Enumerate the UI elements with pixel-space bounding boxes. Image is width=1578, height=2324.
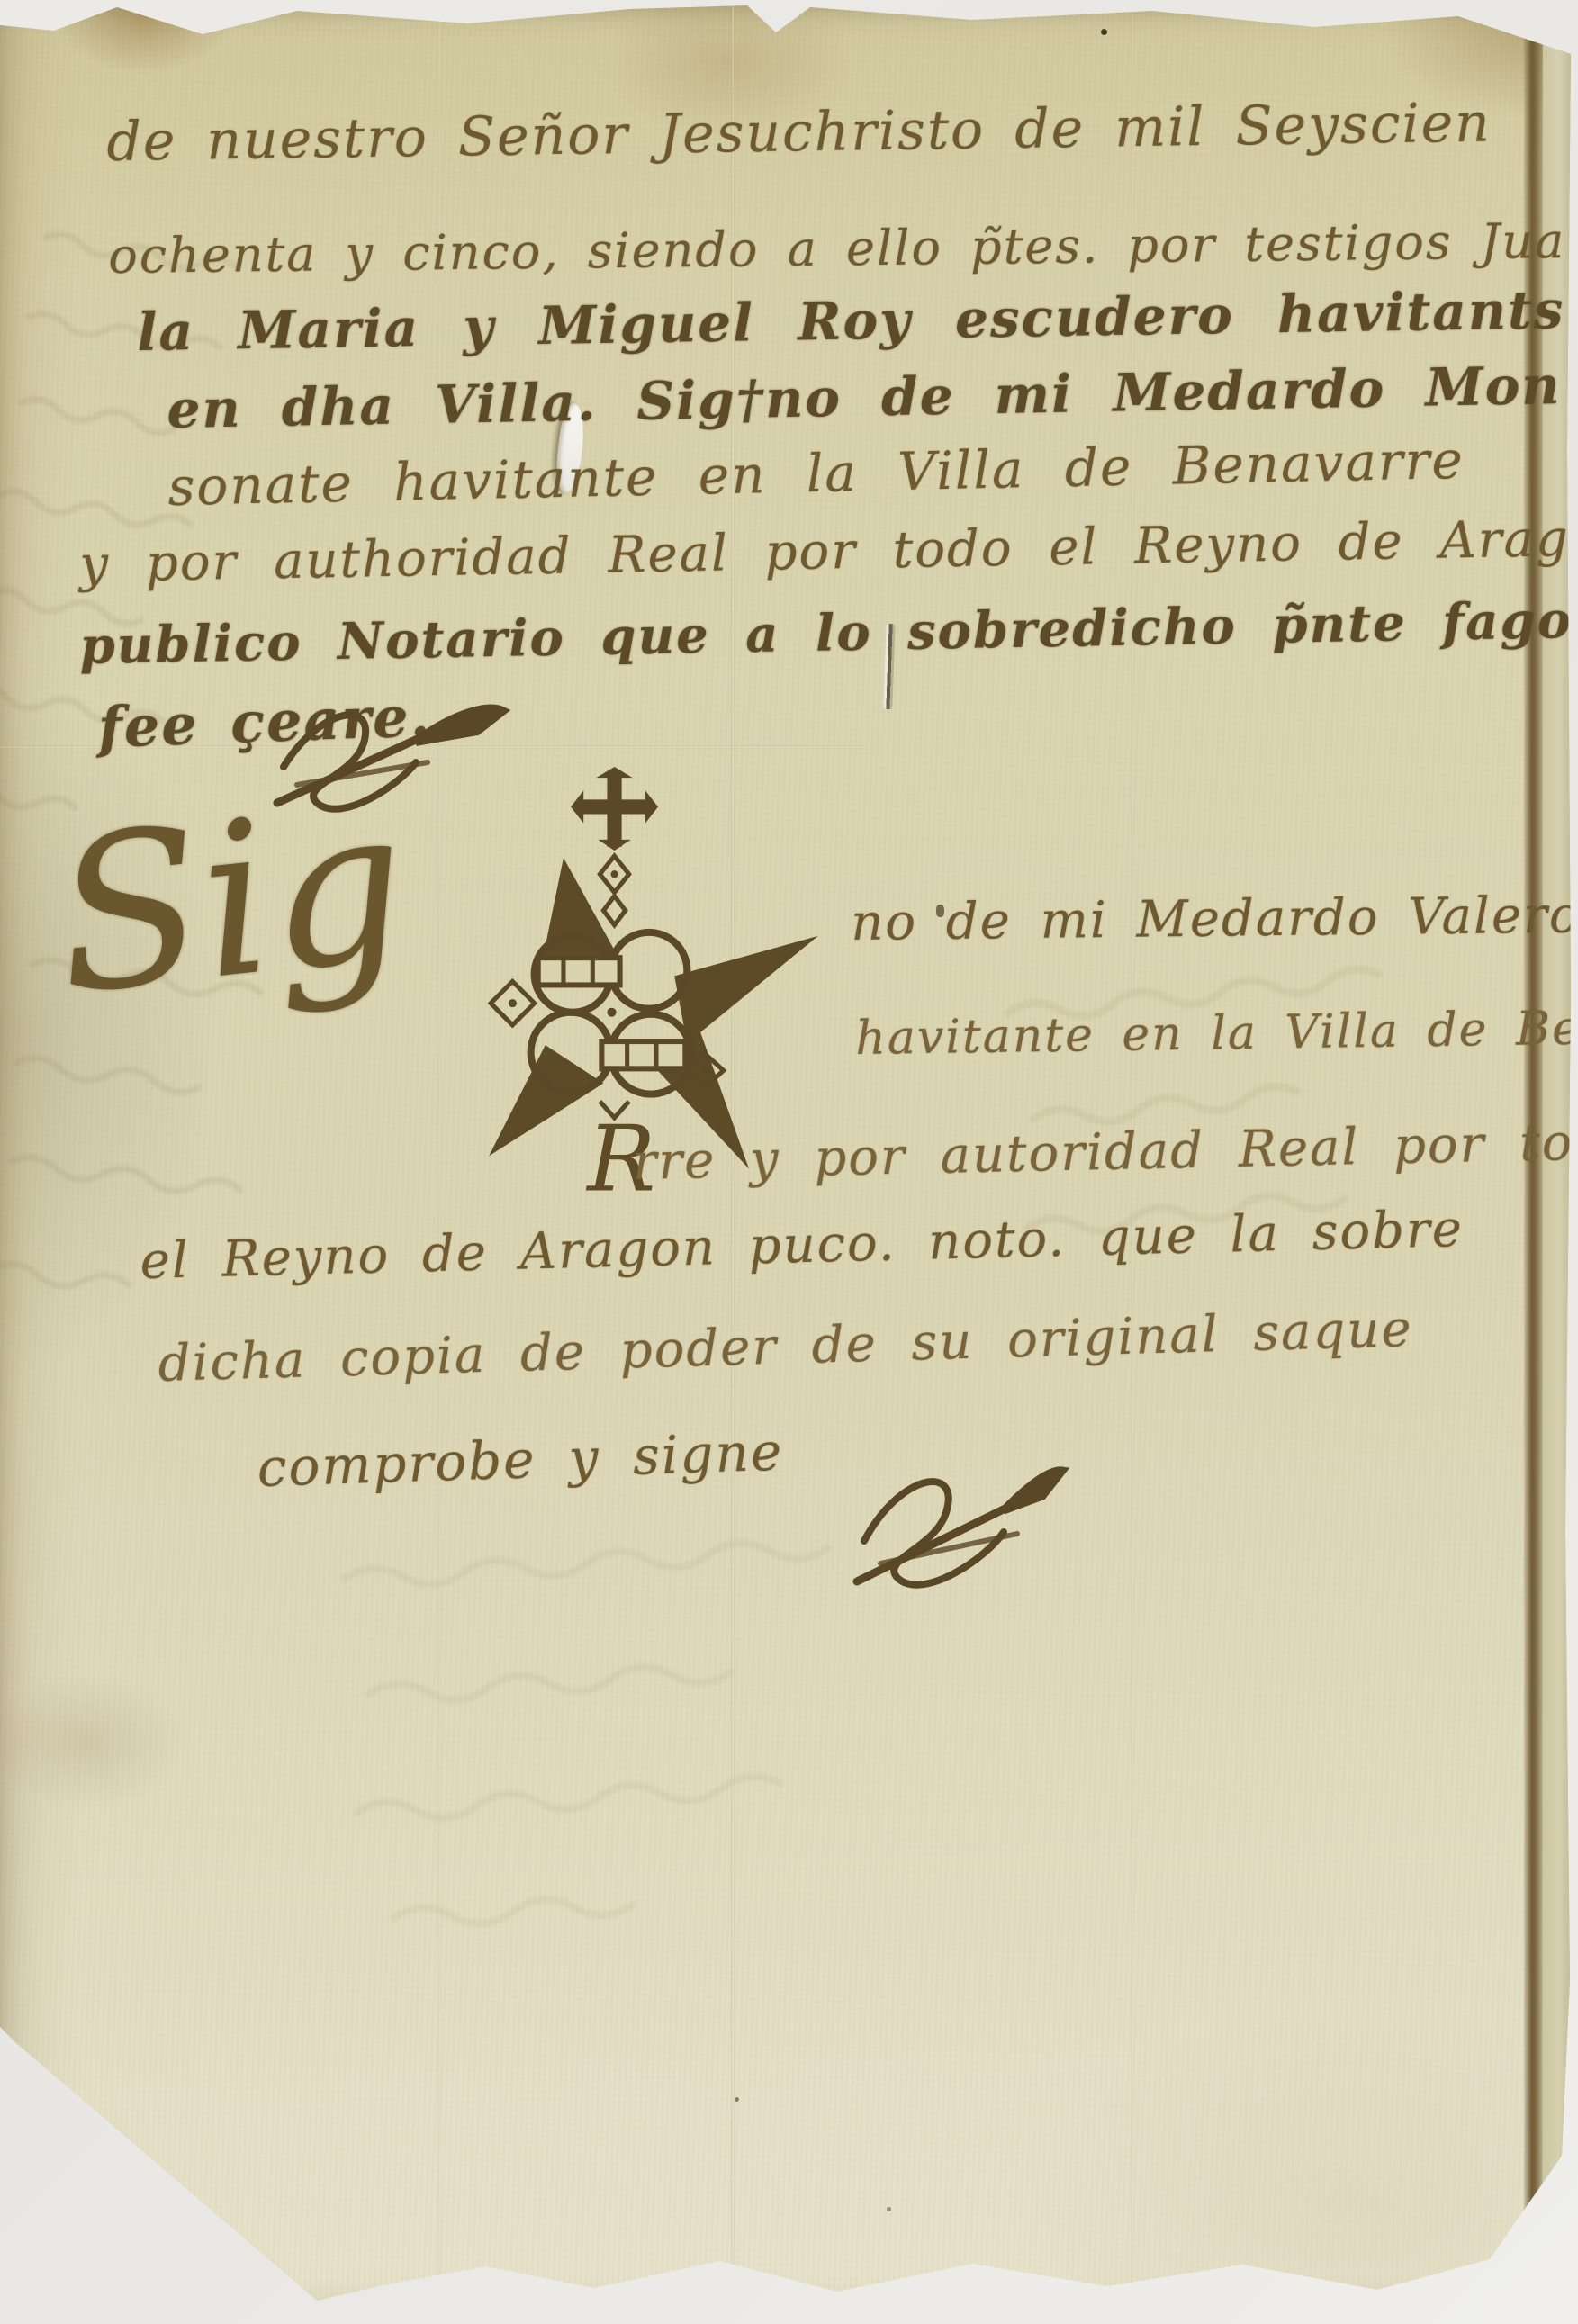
- manuscript-line: sonate havitante en la Villa de Benavarr…: [167, 434, 1465, 513]
- manuscript-line: de nuestro Señor Jesuchristo de mil Seys…: [106, 96, 1492, 169]
- ink-speck: [735, 2097, 739, 2102]
- signum-chain: [600, 856, 628, 925]
- manuscript-line: ochenta y cinco, siendo a ello p̃tes. po…: [108, 217, 1578, 281]
- ink-speck: [1101, 29, 1107, 35]
- ink-speck: [887, 2207, 891, 2211]
- manuscript-line: la Maria y Miguel Roy escudero havitants: [137, 284, 1565, 358]
- manuscript-line: dicha copia de poder de su original saqu…: [158, 1304, 1413, 1390]
- manuscript-photograph: de nuestro Señor Jesuchristo de mil Seys…: [0, 0, 1578, 2324]
- manuscript-line: no de mi Medardo Valero Rami: [851, 889, 1578, 949]
- rubric-flourish: [837, 1433, 1071, 1631]
- manuscript-line: publico Notario que a lo sobredicho p̃nt…: [79, 595, 1573, 671]
- manuscript-line: en dha Villa. Sig†no de mi Medardo Mon: [167, 359, 1562, 436]
- signum-prefix: Sig: [47, 779, 415, 1025]
- manuscript-line: comprobe y signe: [257, 1426, 784, 1494]
- manuscript-line: y por authoridad Real por todo el Reyno …: [79, 513, 1578, 590]
- cross-pattee-icon: [571, 767, 658, 851]
- manuscript-line: havitante en la Villa de Benaba: [855, 1004, 1578, 1062]
- manuscript-sheet: de nuestro Señor Jesuchristo de mil Seys…: [0, 0, 1578, 2324]
